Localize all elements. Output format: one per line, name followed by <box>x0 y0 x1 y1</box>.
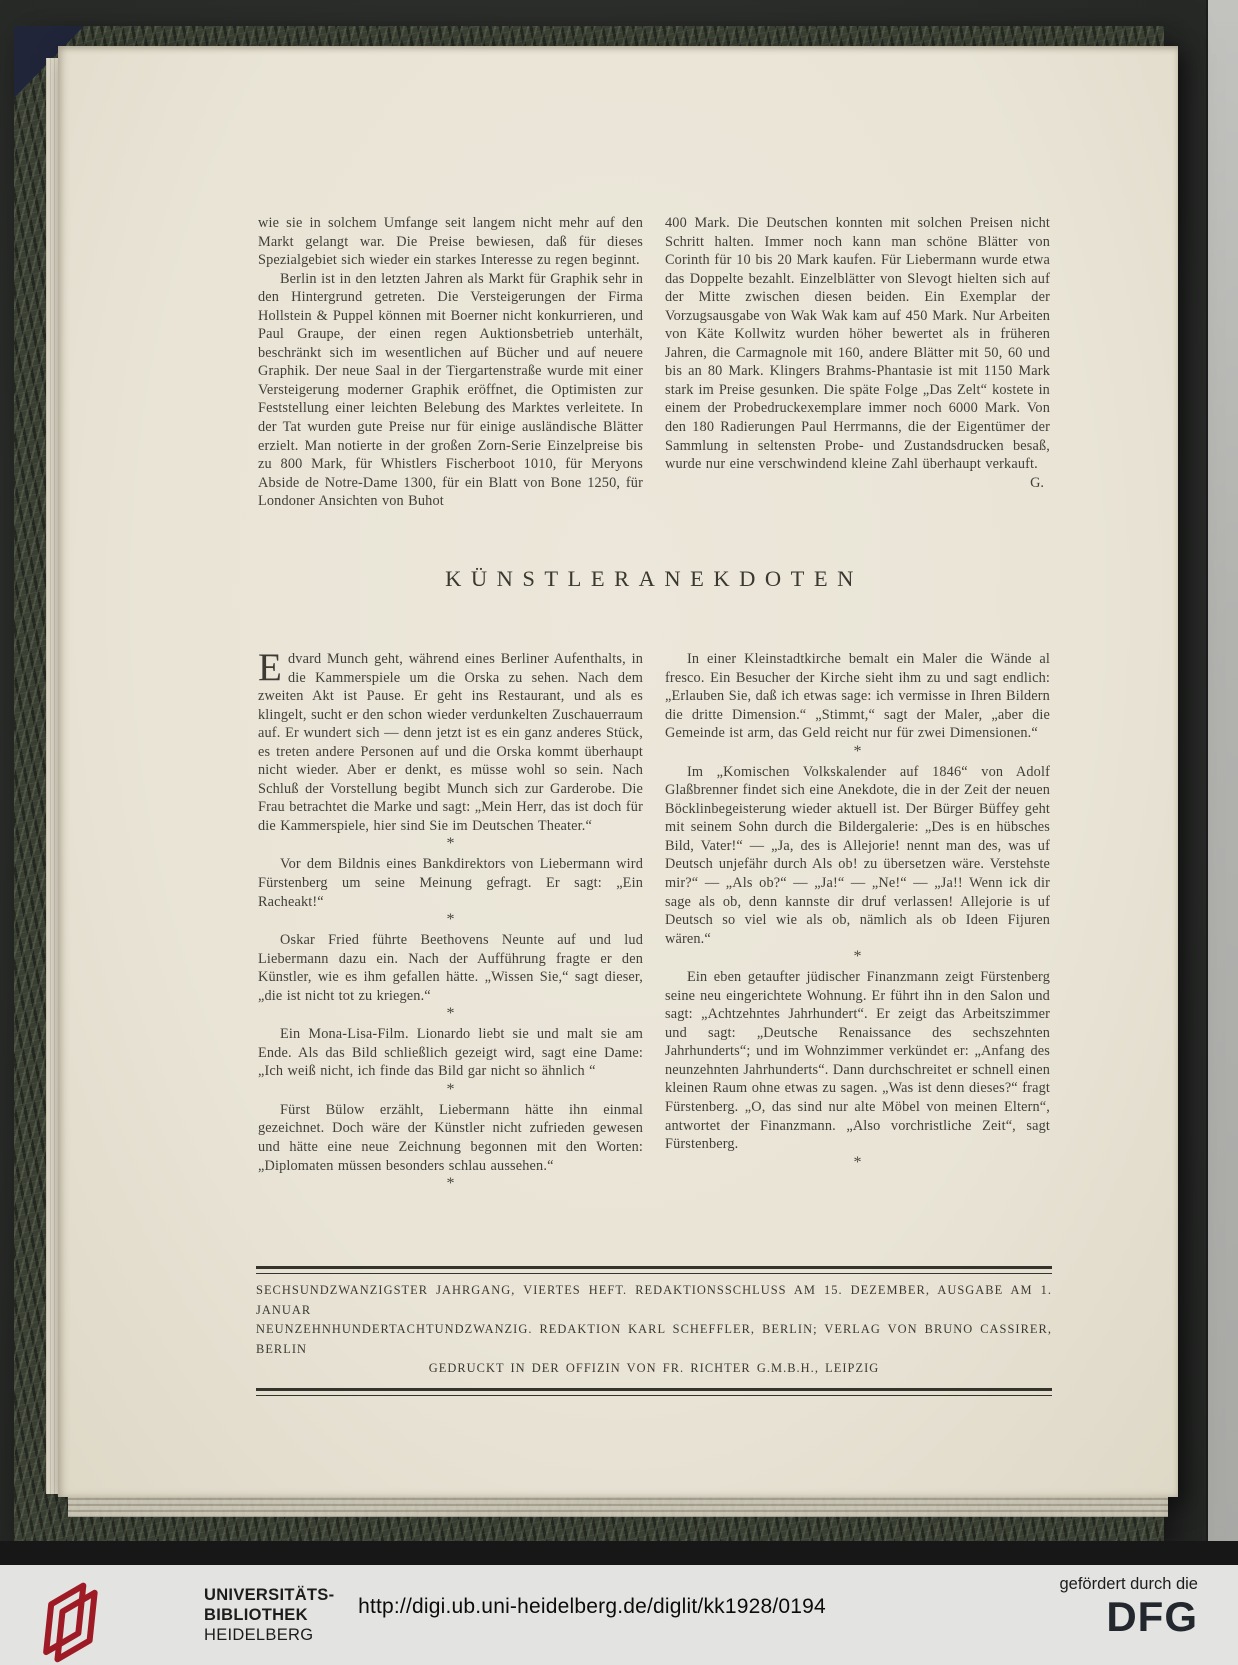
anecdote-paragraph: Ein eben getaufter jüdischer Finanzmann … <box>665 968 1050 1153</box>
column-right: 400 Mark. Die Deutschen konnten mit solc… <box>665 214 1050 511</box>
colophon: SECHSUNDZWANZIGSTER JAHRGANG, VIERTES HE… <box>256 1266 1052 1396</box>
asterisk-separator: * <box>258 1006 643 1024</box>
colophon-line: GEDRUCKT IN DER OFFIZIN VON FR. RICHTER … <box>256 1359 1052 1379</box>
asterisk-separator: * <box>665 1155 1050 1173</box>
article-continuation: wie sie in solchem Umfange seit langem n… <box>258 214 1050 511</box>
library-name-line1: UNIVERSITÄTS- <box>204 1585 334 1605</box>
rule-bottom <box>256 1388 1052 1396</box>
drop-cap: E <box>258 650 288 684</box>
dfg-logo: DFG <box>1059 1596 1198 1638</box>
colophon-line: NEUNZEHNHUNDERTACHTUNDZWANZIG. REDAKTION… <box>256 1320 1052 1359</box>
asterisk-separator: * <box>665 949 1050 967</box>
column-left: Edvard Munch geht, während eines Berline… <box>258 650 643 1195</box>
article-anecdotes: Edvard Munch geht, während eines Berline… <box>258 650 1050 1195</box>
anecdote-paragraph: In einer Kleinstadtkirche bemalt ein Mal… <box>665 650 1050 743</box>
anecdote-paragraph: Im „Komischen Volkskalender auf 1846“ vo… <box>665 763 1050 948</box>
paragraph: Berlin ist in den letzten Jahren als Mar… <box>258 270 643 511</box>
asterisk-separator: * <box>258 1082 643 1100</box>
book-page: wie sie in solchem Umfange seit langem n… <box>58 46 1178 1497</box>
paragraph: wie sie in solchem Umfange seit langem n… <box>258 214 643 270</box>
digitized-book-viewer: wie sie in solchem Umfange seit langem n… <box>0 0 1238 1665</box>
paragraph: 400 Mark. Die Deutschen konnten mit solc… <box>665 214 1050 474</box>
ub-heidelberg-logo <box>30 1571 122 1665</box>
library-name-line3: HEIDELBERG <box>204 1625 334 1645</box>
library-name-line2: BIBLIOTHEK <box>204 1605 334 1625</box>
library-name: UNIVERSITÄTS- BIBLIOTHEK HEIDELBERG <box>204 1585 334 1645</box>
asterisk-separator: * <box>665 744 1050 762</box>
funding-label: gefördert durch die <box>1059 1575 1198 1594</box>
anecdote-paragraph: Fürst Bülow erzählt, Liebermann hätte ih… <box>258 1101 643 1175</box>
colophon-text: SECHSUNDZWANZIGSTER JAHRGANG, VIERTES HE… <box>256 1274 1052 1388</box>
anecdote-paragraph: Edvard Munch geht, während eines Berline… <box>258 650 643 835</box>
photo-bottom-edge <box>0 1541 1238 1565</box>
page-stack-edges-bottom <box>68 1497 1168 1517</box>
section-heading: KÜNSTLERANEKDOTEN <box>258 566 1050 592</box>
open-book-icon <box>30 1571 122 1663</box>
author-initial: G. <box>665 474 1050 493</box>
anecdote-paragraph: Vor dem Bildnis eines Bankdirektors von … <box>258 855 643 911</box>
book-photograph: wie sie in solchem Umfange seit langem n… <box>0 0 1238 1565</box>
colophon-line: SECHSUNDZWANZIGSTER JAHRGANG, VIERTES HE… <box>256 1281 1052 1320</box>
rule-top <box>256 1266 1052 1274</box>
library-footer-bar: UNIVERSITÄTS- BIBLIOTHEK HEIDELBERG http… <box>0 1565 1238 1665</box>
column-right: In einer Kleinstadtkirche bemalt ein Mal… <box>665 650 1050 1195</box>
asterisk-separator: * <box>258 912 643 930</box>
asterisk-separator: * <box>258 1176 643 1194</box>
column-left: wie sie in solchem Umfange seit langem n… <box>258 214 643 511</box>
anecdote-paragraph: Ein Mona-Lisa-Film. Lionardo liebt sie u… <box>258 1025 643 1081</box>
document-url: http://digi.ub.uni-heidelberg.de/diglit/… <box>358 1595 826 1619</box>
asterisk-separator: * <box>258 836 643 854</box>
funding-block: gefördert durch die DFG <box>1059 1575 1198 1638</box>
page-stack-edges-left <box>46 58 58 1494</box>
scanner-background-strip <box>1206 0 1238 1565</box>
anecdote-paragraph: Oskar Fried führte Beethovens Neunte auf… <box>258 931 643 1005</box>
